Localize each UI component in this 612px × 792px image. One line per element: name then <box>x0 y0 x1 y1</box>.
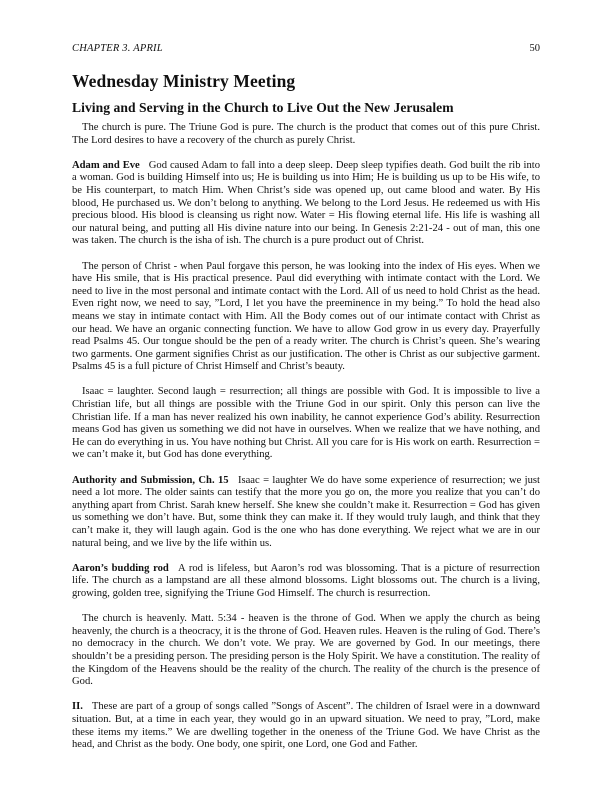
run-in-heading: Aaron’s budding rod <box>72 563 169 574</box>
page-number: 50 <box>530 43 541 54</box>
paragraph-songs-of-ascent: II. These are part of a group of songs c… <box>72 701 540 751</box>
paragraph-text: The church is heavenly. Matt. 5:34 - hea… <box>72 613 540 687</box>
running-header: CHAPTER 3. APRIL 50 <box>72 43 540 57</box>
document-page: CHAPTER 3. APRIL 50 Wednesday Ministry M… <box>72 43 540 752</box>
paragraph-text: The church is pure. The Triune God is pu… <box>72 122 540 146</box>
run-in-heading: II. <box>72 701 83 712</box>
paragraph-aarons-rod: Aaron’s budding rod A rod is lifeless, b… <box>72 563 540 601</box>
paragraph-text: Isaac = laughter. Second laugh = resurre… <box>72 386 540 460</box>
paragraph-isaac-laughter: Isaac = laughter. Second laugh = resurre… <box>72 386 540 462</box>
subsection-title: Living and Serving in the Church to Live… <box>72 100 540 116</box>
paragraph-adam-and-eve: Adam and Eve God caused Adam to fall int… <box>72 160 540 248</box>
chapter-label: CHAPTER 3. APRIL <box>72 43 163 54</box>
paragraph-authority-submission: Authority and Submission, Ch. 15 Isaac =… <box>72 475 540 551</box>
paragraph-person-of-christ: The person of Christ - when Paul forgave… <box>72 261 540 374</box>
paragraph-text: The person of Christ - when Paul forgave… <box>72 261 540 373</box>
paragraph-text: God caused Adam to fall into a deep slee… <box>72 160 540 247</box>
paragraph-church-heavenly: The church is heavenly. Matt. 5:34 - hea… <box>72 613 540 689</box>
paragraph-text: These are part of a group of songs calle… <box>72 701 540 750</box>
run-in-heading: Adam and Eve <box>72 160 140 171</box>
paragraph-church-pure: The church is pure. The Triune God is pu… <box>72 122 540 147</box>
run-in-heading: Authority and Submission, Ch. 15 <box>72 475 229 486</box>
section-title: Wednesday Ministry Meeting <box>72 71 540 92</box>
